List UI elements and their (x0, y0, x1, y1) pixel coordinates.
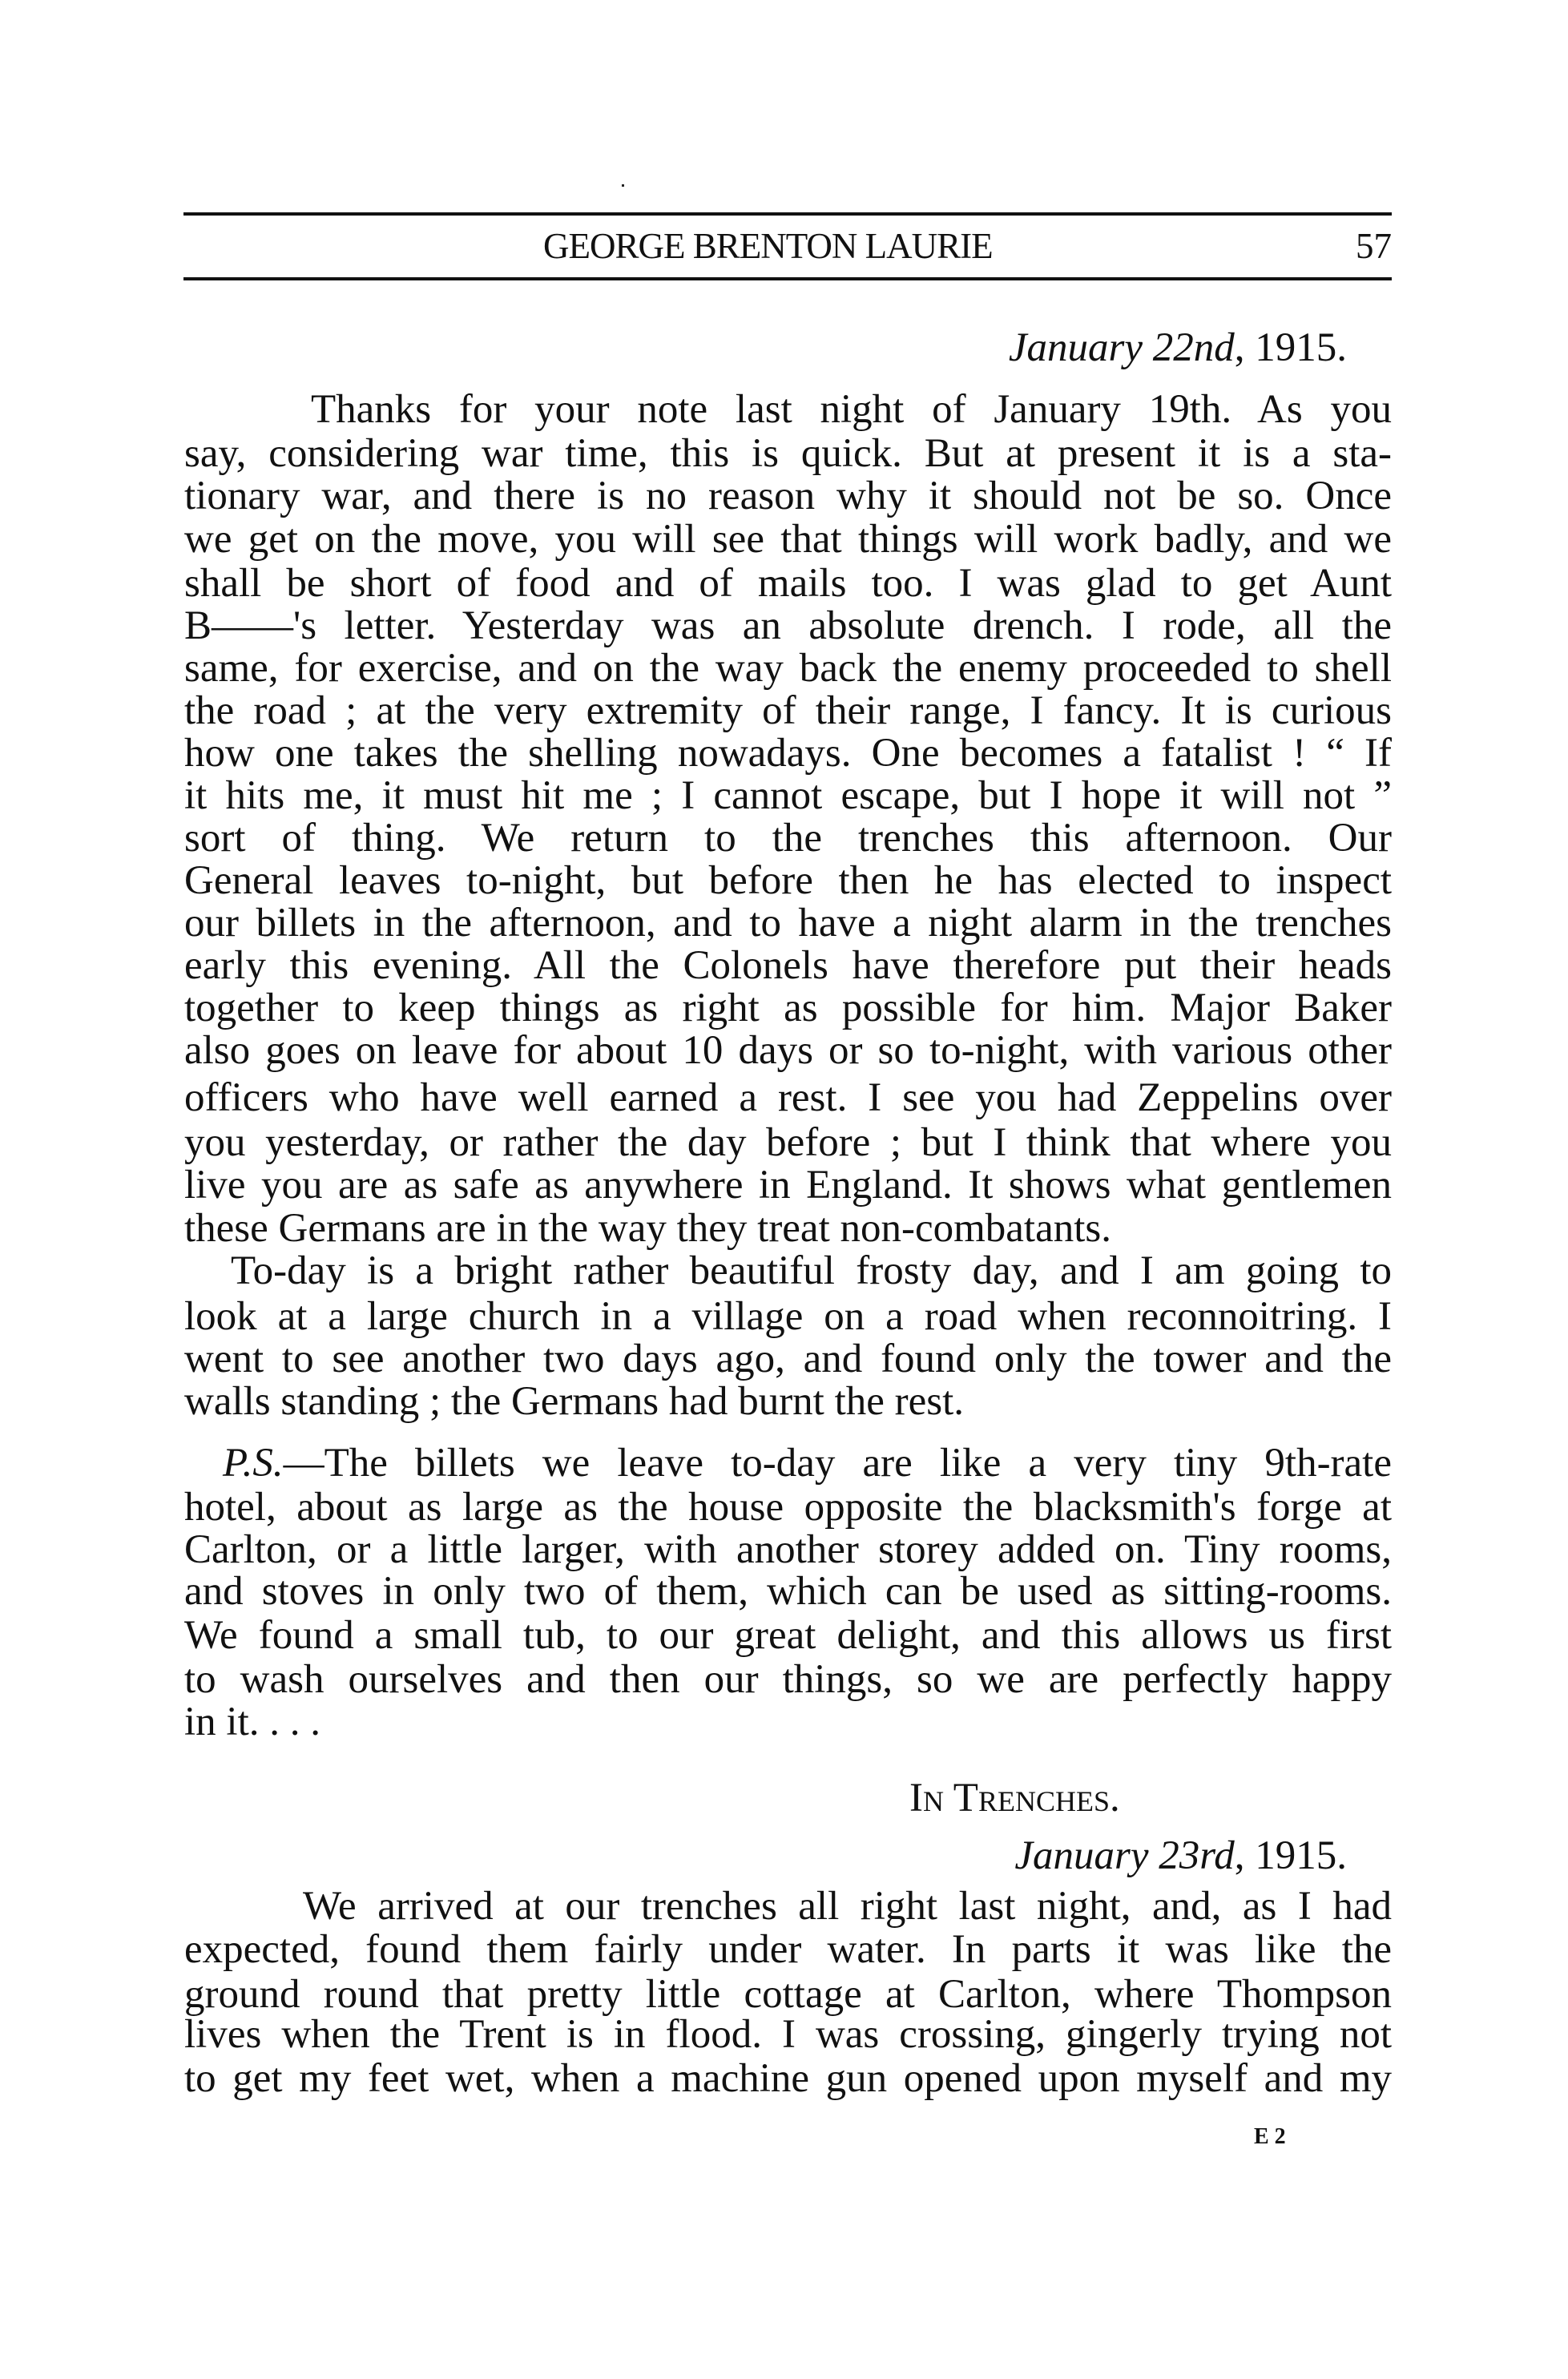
text-line: together to keep things as right as poss… (184, 987, 1392, 1030)
text-line: the road ; at the very extremity of thei… (184, 690, 1392, 732)
entry2-date: January 23rd, 1915. (978, 1835, 1347, 1877)
text-line: it hits me, it must hit me ; I cannot es… (184, 775, 1392, 817)
text-line: these Germans are in the way they treat … (184, 1208, 1392, 1250)
text-line: live you are as safe as anywhere in Engl… (184, 1164, 1392, 1207)
text-line: to wash ourselves and then our things, s… (184, 1659, 1392, 1701)
text-line: We arrived at our trenches all right las… (303, 1885, 1392, 1928)
text-line: walls standing ; the Germans had burnt t… (184, 1381, 1392, 1423)
text-line: To-day is a bright rather beautiful fros… (231, 1250, 1392, 1292)
text-line: officers who have well earned a rest. I … (184, 1077, 1392, 1119)
text-line: how one takes the shelling nowadays. One… (184, 732, 1392, 775)
print-speck (622, 184, 624, 187)
text-line: General leaves to-night, but before then… (184, 860, 1392, 902)
text-line: look at a large church in a village on a… (184, 1296, 1392, 1338)
text-line: early this evening. All the Colonels hav… (184, 945, 1392, 987)
text-line: went to see another two days ago, and fo… (184, 1338, 1392, 1381)
book-page: GEORGE BRENTON LAURIE 57 January 22nd, 1… (0, 0, 1568, 2379)
text-line: sort of thing. We return to the trenches… (184, 817, 1392, 860)
text-line: lives when the Trent is in flood. I was … (184, 2014, 1392, 2056)
text-line: Carlton, or a little larger, with anothe… (184, 1529, 1392, 1571)
text-line: P.S. —The billets we leave to-day are li… (223, 1442, 1392, 1485)
signature-mark: E 2 (1254, 2125, 1310, 2149)
text-line: our billets in the afternoon, and to hav… (184, 902, 1392, 945)
header-rule-top (183, 212, 1392, 216)
text-line: also goes on leave for about 10 days or … (184, 1030, 1392, 1072)
entry1-date: January 22nd, 1915. (978, 327, 1347, 369)
ps-first-line: —The billets we leave to-day are like a … (284, 1442, 1392, 1485)
text-line: B——'s letter. Yesterday was an absolute … (184, 605, 1392, 647)
text-line: you yesterday, or rather the day before … (184, 1122, 1392, 1164)
text-line: expected, found them fairly under water.… (184, 1929, 1392, 1971)
text-line: and stoves in only two of them, which ca… (184, 1571, 1392, 1613)
entry2-place: In Trenches. (909, 1777, 1310, 1820)
header-rule-bottom (183, 277, 1392, 280)
entry1-date-year: , 1915. (1235, 325, 1347, 370)
text-line: we get on the move, you will see that th… (184, 518, 1392, 561)
text-line: tionary war, and there is no reason why … (184, 475, 1392, 518)
text-line: say, considering war time, this is quick… (184, 433, 1392, 475)
running-title: GEORGE BRENTON LAURIE (543, 226, 1024, 266)
entry1-date-month-day: January 22nd (1009, 325, 1235, 370)
entry2-date-month-day: January 23rd (1014, 1833, 1234, 1878)
text-line: We found a small tub, to our great delig… (184, 1615, 1392, 1657)
text-line: same, for exercise, and on the way back … (184, 647, 1392, 690)
text-line: in it. . . . (184, 1701, 1392, 1744)
text-line: shall be short of food and of mails too.… (184, 562, 1392, 605)
text-line: ground round that pretty little cottage … (184, 1974, 1392, 2016)
page-number: 57 (1338, 226, 1392, 266)
ps-label: P.S. (223, 1442, 284, 1485)
entry2-date-year: , 1915. (1235, 1833, 1347, 1878)
text-line: to get my feet wet, when a machine gun o… (184, 2058, 1392, 2100)
text-line: hotel, about as large as the house oppos… (184, 1486, 1392, 1529)
text-line: Thanks for your note last night of Janua… (311, 389, 1392, 431)
